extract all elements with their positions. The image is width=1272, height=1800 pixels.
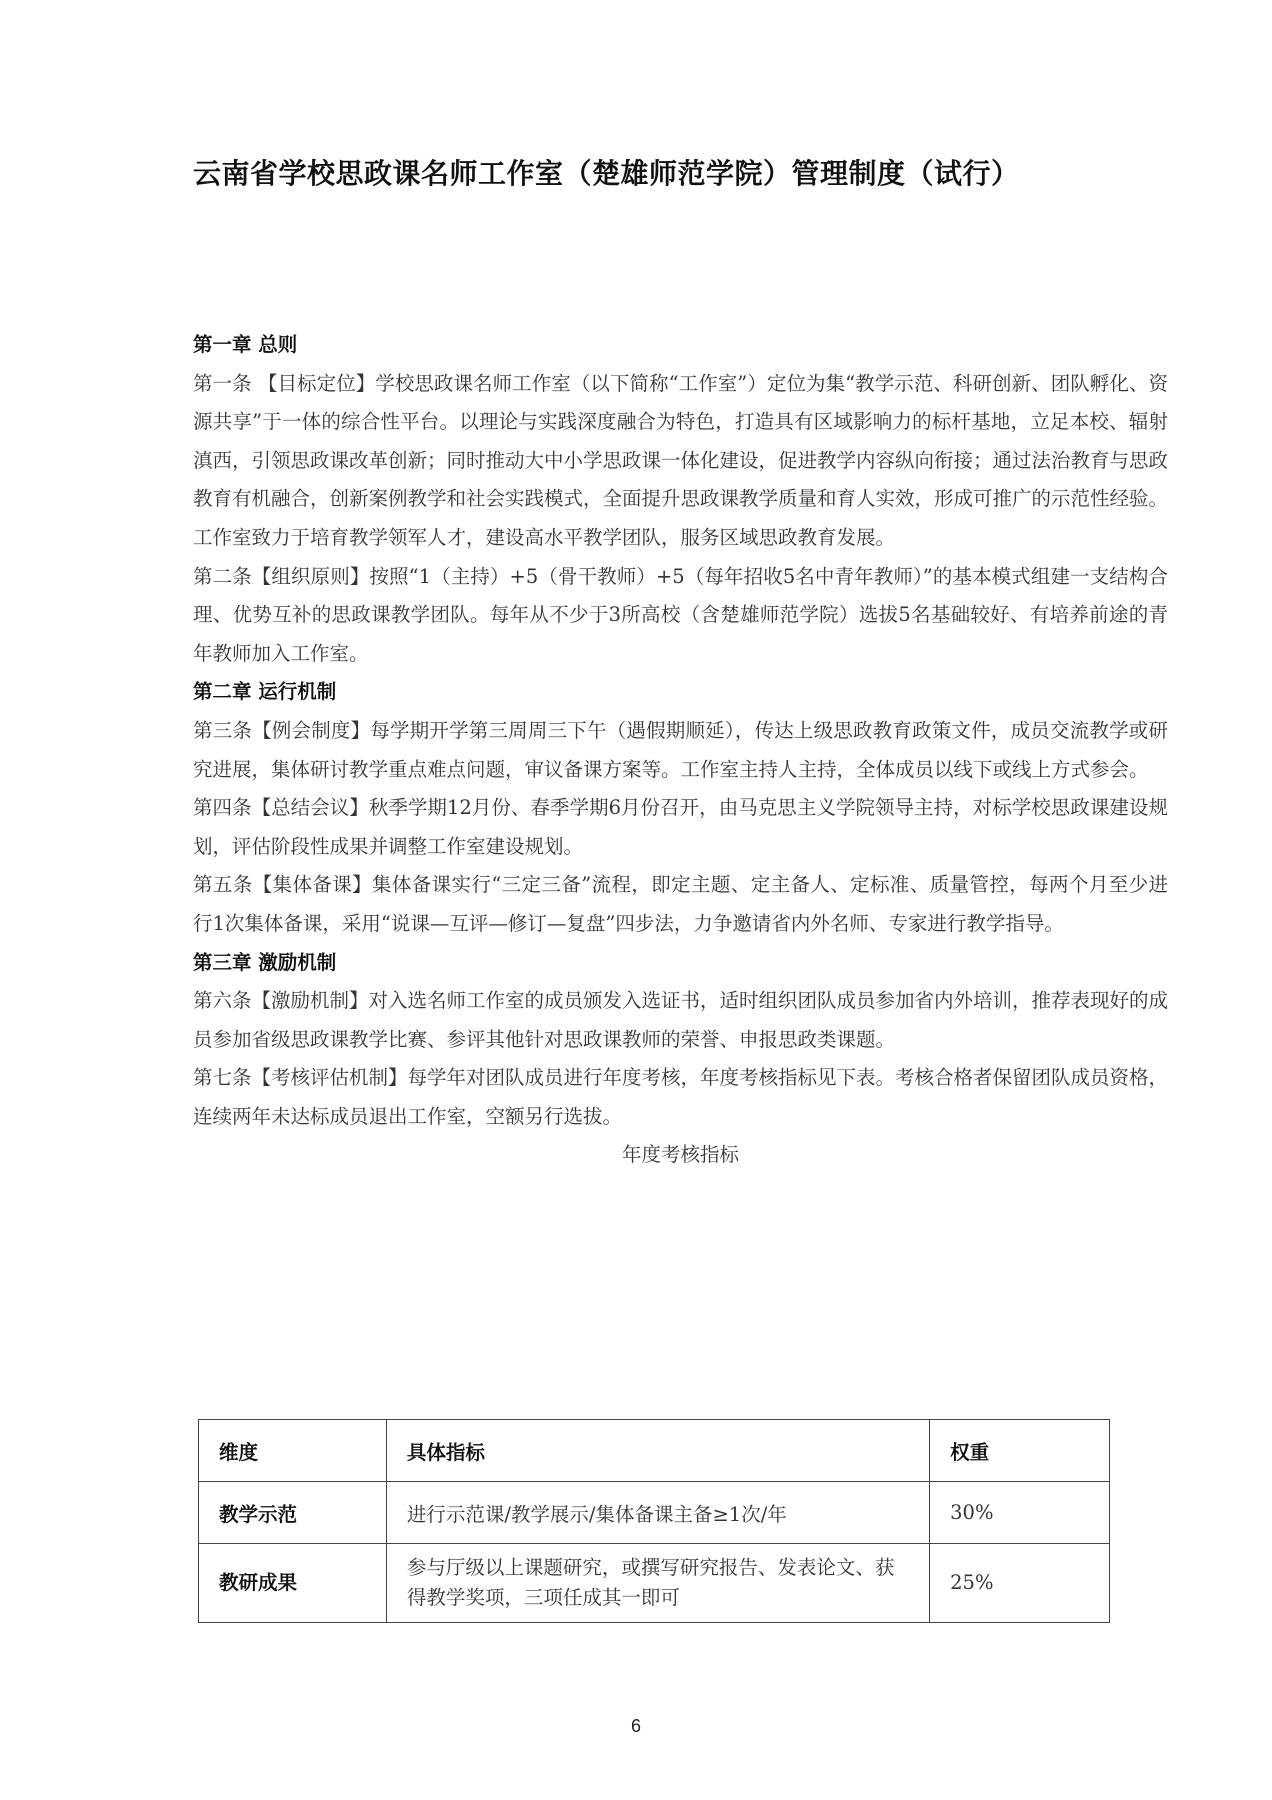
article-paragraph: 第五条【集体备课】集体备课实行“三定三备”流程，即定主题、定主备人、定标准、质量… bbox=[193, 866, 1168, 943]
chapter-heading: 第一章 总则 bbox=[193, 326, 1168, 365]
article-paragraph: 第六条【激励机制】对入选名师工作室的成员颁发入选证书，适时组织团队成员参加省内外… bbox=[193, 982, 1168, 1059]
table-header-cell: 具体指标 bbox=[386, 1420, 929, 1482]
page-number: 6 bbox=[0, 1716, 1272, 1737]
table-cell-dimension: 教研成果 bbox=[199, 1544, 387, 1623]
table-cell-dimension: 教学示范 bbox=[199, 1482, 387, 1544]
chapter-heading: 第三章 激励机制 bbox=[193, 944, 1168, 983]
article-paragraph: 第三条【例会制度】每学期开学第三周周三下午（遇假期顺延），传达上级思政教育政策文… bbox=[193, 712, 1168, 789]
table-cell-weight: 25% bbox=[930, 1544, 1110, 1623]
table-cell-weight: 30% bbox=[930, 1482, 1110, 1544]
document-body: 第一章 总则 第一条 【目标定位】学校思政课名师工作室（以下简称“工作室”）定位… bbox=[193, 326, 1168, 1175]
article-paragraph: 第一条 【目标定位】学校思政课名师工作室（以下简称“工作室”）定位为集“教学示范… bbox=[193, 365, 1168, 558]
document-title: 云南省学校思政课名师工作室（楚雄师范学院）管理制度（试行） bbox=[193, 152, 1093, 192]
document-page: 云南省学校思政课名师工作室（楚雄师范学院）管理制度（试行） 第一章 总则 第一条… bbox=[0, 0, 1272, 1800]
table-cell-indicator: 进行示范课/教学展示/集体备课主备≥1次/年 bbox=[386, 1482, 929, 1544]
assessment-table: 维度 具体指标 权重 教学示范 进行示范课/教学展示/集体备课主备≥1次/年 3… bbox=[198, 1419, 1110, 1623]
table-header-cell: 维度 bbox=[199, 1420, 387, 1482]
table-row: 教学示范 进行示范课/教学展示/集体备课主备≥1次/年 30% bbox=[199, 1482, 1110, 1544]
chapter-heading: 第二章 运行机制 bbox=[193, 673, 1168, 712]
article-paragraph: 第四条【总结会议】秋季学期12月份、春季学期6月份召开，由马克思主义学院领导主持… bbox=[193, 789, 1168, 866]
table-cell-indicator: 参与厅级以上课题研究，或撰写研究报告、发表论文、获得教学奖项，三项任成其一即可 bbox=[386, 1544, 929, 1623]
article-paragraph: 第七条【考核评估机制】每学年对团队成员进行年度考核，年度考核指标见下表。考核合格… bbox=[193, 1059, 1168, 1136]
table-header-cell: 权重 bbox=[930, 1420, 1110, 1482]
table-caption: 年度考核指标 bbox=[193, 1136, 1168, 1175]
article-paragraph: 第二条【组织原则】按照“1（主持）+5（骨干教师）+5（每年招收5名中青年教师）… bbox=[193, 558, 1168, 674]
table-header-row: 维度 具体指标 权重 bbox=[199, 1420, 1110, 1482]
table-row: 教研成果 参与厅级以上课题研究，或撰写研究报告、发表论文、获得教学奖项，三项任成… bbox=[199, 1544, 1110, 1623]
